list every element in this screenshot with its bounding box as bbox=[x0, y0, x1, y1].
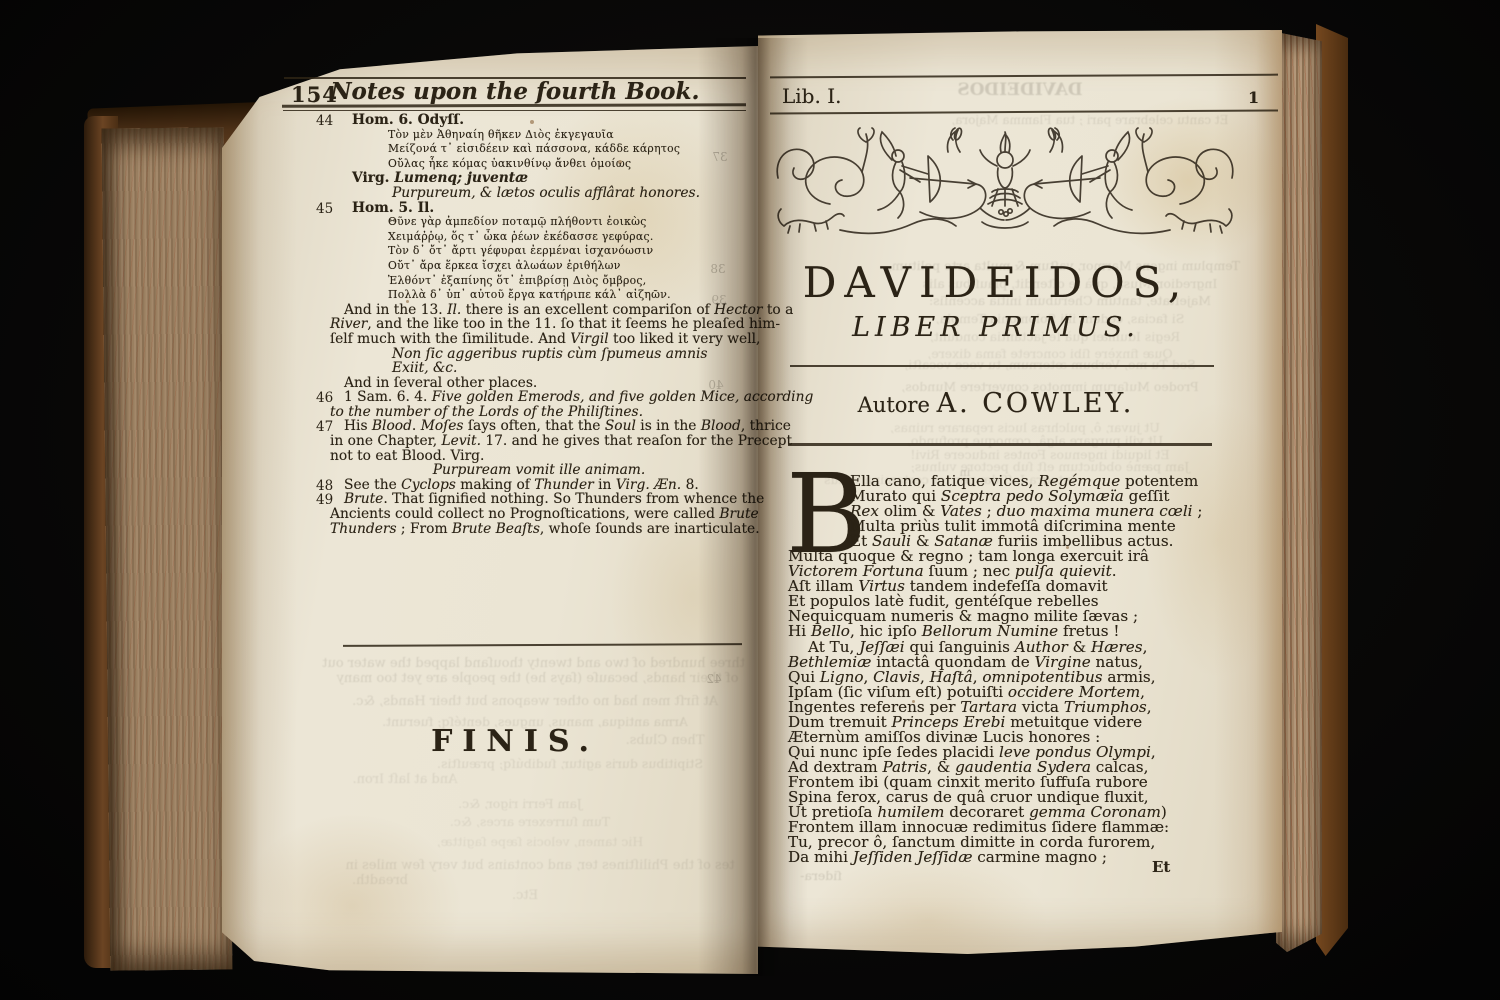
title-rule bbox=[790, 365, 1214, 367]
header-rule bbox=[283, 110, 746, 111]
page-edges-left bbox=[102, 127, 233, 970]
poem: Ella cano, fatique vices, Regémque poten… bbox=[788, 474, 1222, 865]
text-line: Hom. 6. Odyſſ. bbox=[352, 113, 748, 128]
running-title: Notes upon the fourth Book. bbox=[285, 78, 745, 105]
text-line: Ἐλθόντ᾽ ἐξαπίνης ὅτ᾽ ἐπιβρίσῃ Διὸς ὄμβρο… bbox=[388, 274, 748, 289]
page-number-right: 1 bbox=[1248, 88, 1259, 107]
text-line: Οὔλας ἧκε κόμας ὑακινθίνῳ ἄνθει ὁμοίως bbox=[388, 157, 748, 172]
note-block: 48See the Cyclops making of Thunder in V… bbox=[330, 478, 748, 493]
book-label: Lib. I. bbox=[782, 84, 841, 108]
text-line: His Blood. Moſes ſays often, that the So… bbox=[330, 419, 748, 434]
text-line: ſelf much with the ſimilitude. And Virgi… bbox=[330, 332, 748, 347]
note-block: 44Hom. 6. Odyſſ.Τὸν μὲν Ἀθηναίη θῆκεν Δι… bbox=[330, 113, 748, 201]
paper-stain bbox=[798, 850, 1058, 990]
header-rule bbox=[284, 77, 746, 79]
byline-rule bbox=[788, 443, 1212, 446]
catchword: Et bbox=[1152, 858, 1170, 876]
note-block: 47His Blood. Moſes ſays often, that the … bbox=[330, 419, 748, 477]
note-block: 45Hom. 5. Il.Θῦνε γὰρ ἀμπεδίον ποταμῷ πλ… bbox=[330, 201, 748, 391]
text-line: Τὸν δ᾽ ὄτ᾽ ἄρτι γέφυραι ἐερμέναι ἰσχανόω… bbox=[388, 244, 748, 259]
text-line: Virg. Lumenq; juventæ bbox=[352, 171, 748, 186]
text-line: Τὸν μὲν Ἀθηναίη θῆκεν Διὸς ἐκγεγαυῖα bbox=[388, 128, 748, 143]
poem-subtitle: LIBER PRIMUS. bbox=[778, 312, 1214, 343]
text-line: Non ſic aggeribus ruptis cùm ſpumeus amn… bbox=[392, 347, 748, 362]
byline-author: A. COWLEY. bbox=[937, 388, 1135, 419]
note-block: 49Brute. That ſignified nothing. So Thun… bbox=[330, 492, 748, 536]
fore-edge-right bbox=[1276, 32, 1322, 952]
note-block: 461 Sam. 6. 4. Five golden Emerods, and … bbox=[330, 390, 748, 419]
byline-prefix: Autore bbox=[858, 393, 930, 417]
note-number: 48 bbox=[316, 479, 333, 494]
text-line: Χειμάῤῥῳ, ὅς τ᾽ ὦκα ῥέων ἐκέδασσε γεφύρα… bbox=[388, 230, 748, 245]
text-line: to the number of the Lords of the Philiſ… bbox=[330, 405, 748, 420]
note-number: 49 bbox=[316, 493, 333, 508]
text-line: And in the 13. Il. there is an excellent… bbox=[330, 303, 748, 318]
note-number: 47 bbox=[316, 420, 333, 435]
note-number: 44 bbox=[316, 114, 333, 129]
text-line: Ancients could collect no Prognoſticatio… bbox=[330, 507, 748, 522]
text-line: Οὔτ᾽ ἄρα ἕρκεα ἴσχει ἀλωάων ἐριθήλων bbox=[388, 259, 748, 274]
scene: 154 Notes upon the fourth Book. 44Hom. 6… bbox=[0, 0, 1500, 1000]
byline: Autore A. COWLEY. bbox=[778, 388, 1214, 419]
text-line: in one Chapter, Levit. 17. and he gives … bbox=[330, 434, 748, 449]
note-number: 46 bbox=[316, 391, 333, 406]
text-line: Purpuream vomit ille animam. bbox=[330, 463, 748, 478]
finis-text: FINIS. bbox=[285, 724, 745, 759]
text-line: Hom. 5. Il. bbox=[352, 201, 748, 216]
paper-stain bbox=[232, 806, 472, 1000]
headpiece-ornament-icon bbox=[770, 126, 1240, 244]
text-line: 1 Sam. 6. 4. Five golden Emerods, and fi… bbox=[330, 390, 748, 405]
text-line: And in ſeveral other places. bbox=[330, 376, 748, 391]
notes-list: 44Hom. 6. Odyſſ.Τὸν μὲν Ἀθηναίη θῆκεν Δι… bbox=[330, 113, 748, 536]
text-line: Μείζονά τ᾽ εἰσιδέειν καὶ πάσσονα, κάδδε … bbox=[388, 142, 748, 157]
text-line: Purpureum, & lætos oculis afflârat honor… bbox=[392, 186, 748, 201]
text-line: Thunders ; From Brute Beaſts, whoſe ſoun… bbox=[330, 522, 748, 537]
poem-title: DAVIDEIDOS, bbox=[778, 258, 1214, 307]
note-number: 45 bbox=[316, 202, 333, 217]
text-line: not to eat Blood. Virg. bbox=[330, 449, 748, 464]
text-line: River, and the like too in the 11. ſo th… bbox=[330, 317, 748, 332]
text-line: Πολλὰ δ᾽ ὑπ᾽ αὐτοῦ ἔργα κατήριπε κάλ᾽ αἰ… bbox=[388, 288, 748, 303]
text-line: See the Cyclops making of Thunder in Vir… bbox=[330, 478, 748, 493]
text-line: Exiit, &c. bbox=[392, 361, 748, 376]
text-line: Θῦνε γὰρ ἀμπεδίον ποταμῷ πλήθοντι ἐοικὼς bbox=[388, 215, 748, 230]
text-line: Brute. That ſignified nothing. So Thunde… bbox=[330, 492, 748, 507]
